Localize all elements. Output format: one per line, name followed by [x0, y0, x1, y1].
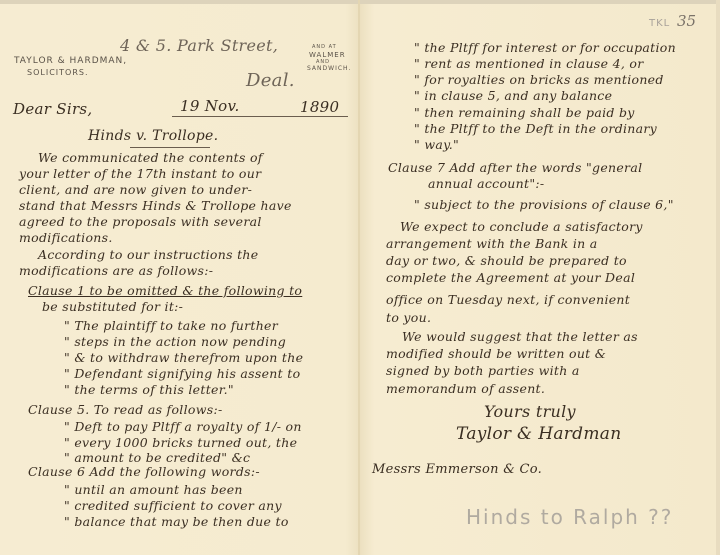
archive-ref-prefix: TKL [649, 18, 670, 29]
quoted-line: " Defendant signifying his assent to [64, 366, 300, 381]
clause-5-heading: Clause 5. To read as follows:- [28, 402, 222, 417]
letter-line: memorandum of assent. [386, 381, 545, 396]
quoted-line: " until an amount has been [64, 482, 243, 497]
quoted-line: " subject to the provisions of clause 6,… [414, 197, 674, 212]
letter-line: office on Tuesday next, if convenient [386, 292, 630, 307]
branch-line-1: AND AT [312, 44, 337, 50]
quoted-line: " the Pltff for interest or for occupati… [414, 40, 676, 55]
clause-1-heading: Clause 1 to be omitted & the following t… [28, 283, 302, 298]
letter-line: modified should be written out & [386, 346, 606, 361]
quoted-line: " every 1000 bricks turned out, the [64, 435, 297, 450]
firm-name: TAYLOR & HARDMAN, [14, 56, 127, 66]
letter-line: According to our instructions the [38, 247, 258, 262]
letter-line: stand that Messrs Hinds & Trollope have [19, 198, 292, 213]
date-rule [172, 116, 348, 117]
branch-line-4: SANDWICH. [307, 65, 351, 72]
page-fold [358, 0, 360, 555]
letter-line: agreed to the proposals with several [19, 214, 262, 229]
letter-line: arrangement with the Bank in a [386, 236, 598, 251]
letter-line: signed by both parties with a [386, 363, 580, 378]
quoted-line: " amount to be credited" &c [64, 450, 250, 465]
quoted-line: " rent as mentioned in clause 4, or [414, 56, 643, 71]
letter-line: to you. [386, 310, 431, 325]
salutation: Dear Sirs, [13, 100, 93, 118]
quoted-line: " way." [414, 137, 459, 152]
quoted-line: " credited sufficient to cover any [64, 498, 282, 513]
quoted-line: " balance that may be then due to [64, 514, 289, 529]
quoted-line: " then remaining shall be paid by [414, 105, 635, 120]
letter-line: be substituted for it:- [42, 299, 183, 314]
paper-top-edge [0, 0, 720, 4]
letter-line: modifications are as follows:- [19, 263, 213, 278]
quoted-line: " the Pltff to the Deft in the ordinary [414, 121, 657, 136]
quoted-line: " the terms of this letter." [64, 382, 234, 397]
paper-right-edge [716, 0, 720, 555]
date-year: 1890 [300, 98, 339, 116]
signature: Taylor & Hardman [456, 424, 621, 444]
clause-6-heading: Clause 6 Add the following words:- [28, 464, 260, 479]
quoted-line: " for royalties on bricks as mentioned [414, 72, 664, 87]
letter-line: We would suggest that the letter as [402, 329, 638, 344]
quoted-line: " & to withdraw therefrom upon the [64, 350, 303, 365]
letter-line: client, and are now given to under- [19, 182, 252, 197]
quoted-line: " steps in the action now pending [64, 334, 286, 349]
pencil-annotation: Hinds to Ralph ?? [466, 505, 673, 529]
letter-line: day or two, & should be prepared to [386, 253, 627, 268]
case-title-underline [130, 147, 210, 148]
letter-line: complete the Agreement at your Deal [386, 270, 635, 285]
case-title: Hinds v. Trollope. [88, 128, 218, 144]
branch-line-2: WALMER [309, 51, 346, 59]
firm-title: SOLICITORS. [27, 68, 89, 77]
addressee: Messrs Emmerson & Co. [372, 462, 542, 477]
letter-line: We communicated the contents of [38, 150, 263, 165]
quoted-line: " The plaintiff to take no further [64, 318, 278, 333]
quoted-line: " Deft to pay Pltff a royalty of 1/- on [64, 419, 302, 434]
closing: Yours truly [484, 402, 576, 421]
letter-line: We expect to conclude a satisfactory [400, 219, 643, 234]
letter-line: your letter of the 17th instant to our [19, 166, 261, 181]
quoted-line: " in clause 5, and any balance [414, 88, 612, 103]
letter-line: annual account":- [428, 176, 544, 191]
letter-line: modifications. [19, 230, 113, 245]
archive-ref-number: 35 [677, 12, 696, 30]
street-address: 4 & 5. Park Street, [120, 36, 278, 55]
town: Deal. [246, 70, 295, 91]
date-day-month: 19 Nov. [180, 97, 240, 115]
clause-7-heading: Clause 7 Add after the words "general [388, 160, 642, 175]
